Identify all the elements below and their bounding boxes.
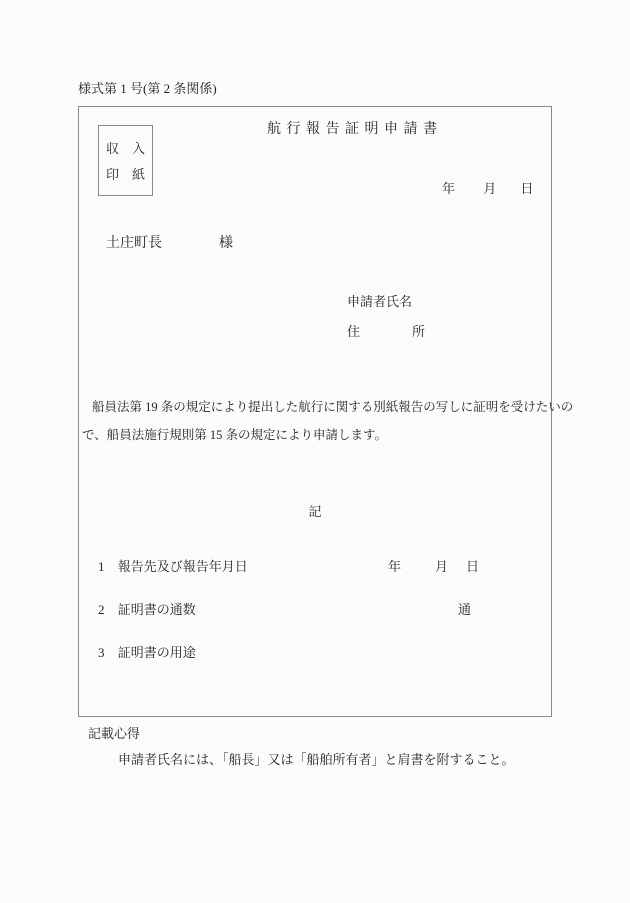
- body-line-1: 船員法第 19 条の規定により提出した航行に関する別紙報告の写しに証明を受けたい…: [82, 393, 549, 421]
- form-number-label: 様式第 1 号(第 2 条関係): [78, 78, 217, 97]
- item-counter-label: 通: [458, 599, 471, 618]
- item-label: 報告先及び報告年月日: [118, 559, 248, 574]
- address-char: 所: [412, 321, 425, 340]
- date-year-label: 年: [442, 181, 455, 196]
- addressee-honorific: 様: [219, 232, 233, 252]
- item-number: 3: [98, 645, 105, 660]
- item-year-label: 年: [388, 556, 401, 575]
- item-number: 2: [98, 602, 105, 617]
- form-item-report-date: 1 報告先及び報告年月日 年 月 日: [98, 556, 551, 572]
- notes-heading: 記載心得: [88, 723, 140, 742]
- date-month-label: 月: [483, 181, 496, 196]
- applicant-name-label: 申請者氏名: [347, 291, 412, 310]
- body-line-2: で、船員法施行規則第 15 条の規定により申請します。: [82, 421, 549, 449]
- addressee-line: 土庄町長 様: [79, 232, 551, 250]
- addressee-name: 土庄町長: [106, 232, 162, 252]
- form-title: 航 行 報 告 証 明 申 請 書: [154, 118, 551, 138]
- stamp-row-bottom: 印 紙: [106, 164, 145, 183]
- revenue-stamp-box: 収 入 印 紙: [98, 125, 153, 196]
- stamp-row-top: 収 入: [106, 138, 145, 157]
- item-month-label: 月: [435, 556, 448, 575]
- address-char: 住: [347, 321, 360, 340]
- section-heading-ki: 記: [79, 501, 551, 520]
- form-item-certificate-count: 2 証明書の通数 通: [98, 599, 551, 615]
- stamp-char: 印: [106, 164, 119, 183]
- item-number: 1: [98, 559, 105, 574]
- item-label: 証明書の通数: [118, 602, 196, 617]
- notes-text: 申請者氏名には、「船長」又は「船舶所有者」と肩書を附すること。: [118, 749, 515, 768]
- application-date-line: 年 月 日: [442, 178, 534, 197]
- date-day-label: 日: [521, 181, 534, 196]
- item-label: 証明書の用途: [118, 645, 196, 660]
- document-page: 様式第 1 号(第 2 条関係) 航 行 報 告 証 明 申 請 書 収 入 印…: [0, 0, 630, 903]
- form-item-certificate-purpose: 3 証明書の用途: [98, 642, 551, 658]
- stamp-char: 収: [106, 138, 119, 157]
- applicant-address-label: 住 所: [347, 321, 425, 340]
- stamp-char: 紙: [132, 164, 145, 183]
- application-body-text: 船員法第 19 条の規定により提出した航行に関する別紙報告の写しに証明を受けたい…: [82, 393, 549, 449]
- item-day-label: 日: [466, 556, 479, 575]
- stamp-char: 入: [132, 138, 145, 157]
- application-form-border: 航 行 報 告 証 明 申 請 書 収 入 印 紙 年 月 日 土庄町長 様 申…: [78, 106, 552, 717]
